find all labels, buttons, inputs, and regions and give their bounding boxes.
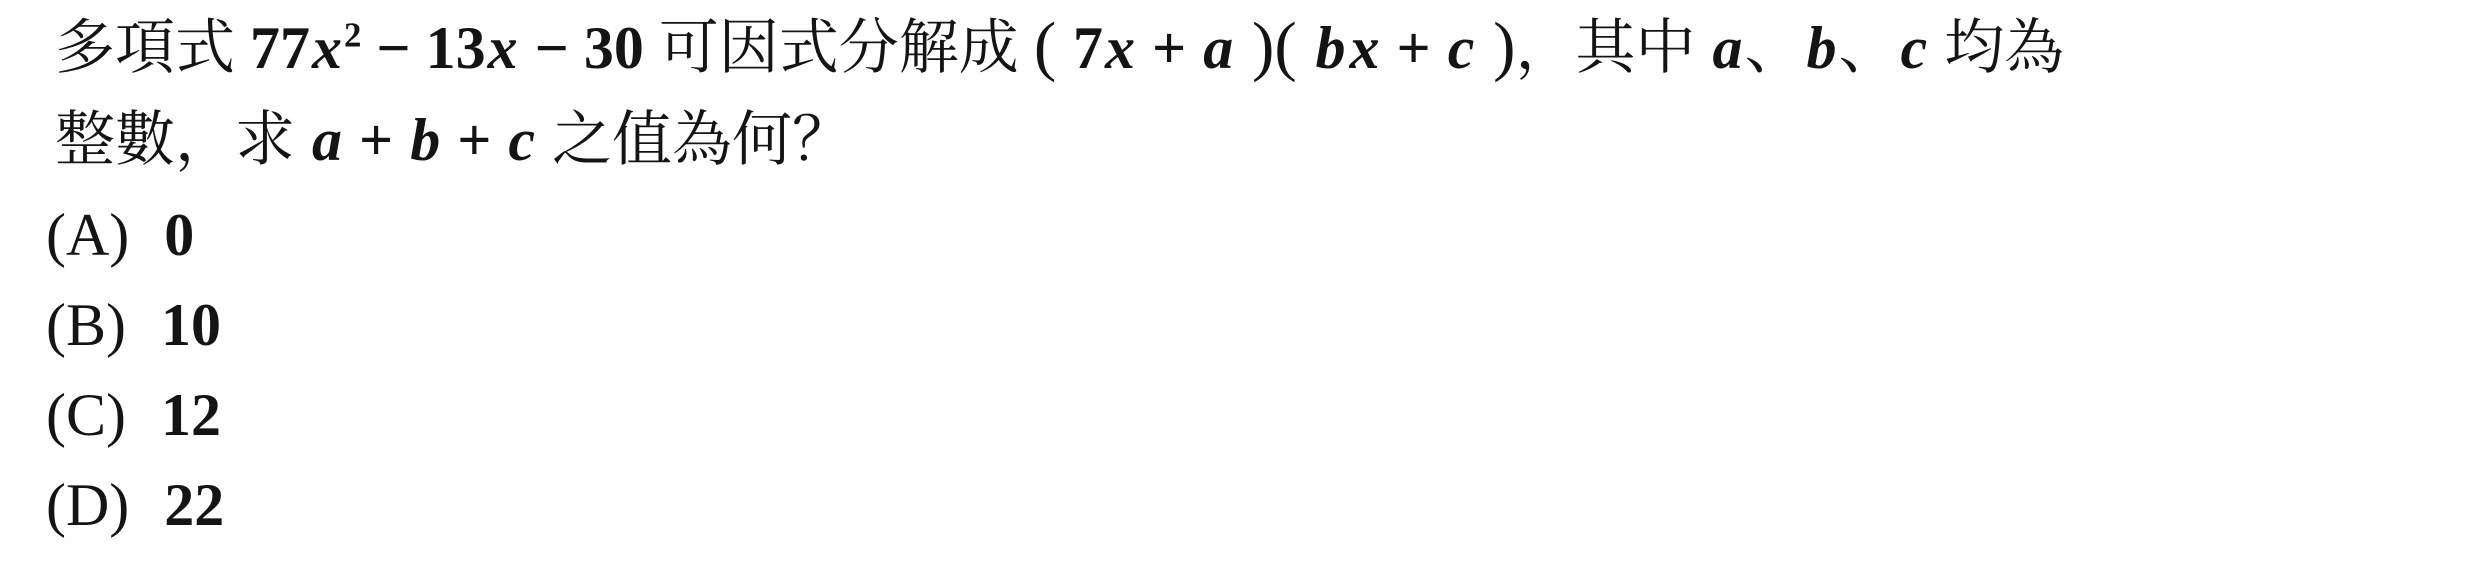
option-b-value: 10 [161, 292, 221, 358]
option-a-value: 0 [164, 202, 194, 268]
option-a-label: (A) [46, 202, 129, 268]
option-c: (C) 12 [0, 370, 2470, 460]
option-b-label: (B) [46, 292, 126, 358]
question-line-1: 多項式 77x2 − 13x − 30 可因式分解成 ( 7x + a )( b… [0, 2, 2470, 94]
option-d: (D) 22 [0, 460, 2470, 550]
option-d-label: (D) [46, 472, 129, 538]
option-c-label: (C) [46, 382, 126, 448]
option-a: (A) 0 [0, 190, 2470, 280]
option-b: (B) 10 [0, 280, 2470, 370]
option-d-value: 22 [164, 472, 224, 538]
question-document: 多項式 77x2 − 13x − 30 可因式分解成 ( 7x + a )( b… [0, 0, 2470, 550]
options-list: (A) 0 (B) 10 (C) 12 (D) 22 [0, 190, 2470, 550]
option-c-value: 12 [161, 382, 221, 448]
question-line-2: 整數，求 a + b + c 之值為何？ [0, 94, 2470, 186]
